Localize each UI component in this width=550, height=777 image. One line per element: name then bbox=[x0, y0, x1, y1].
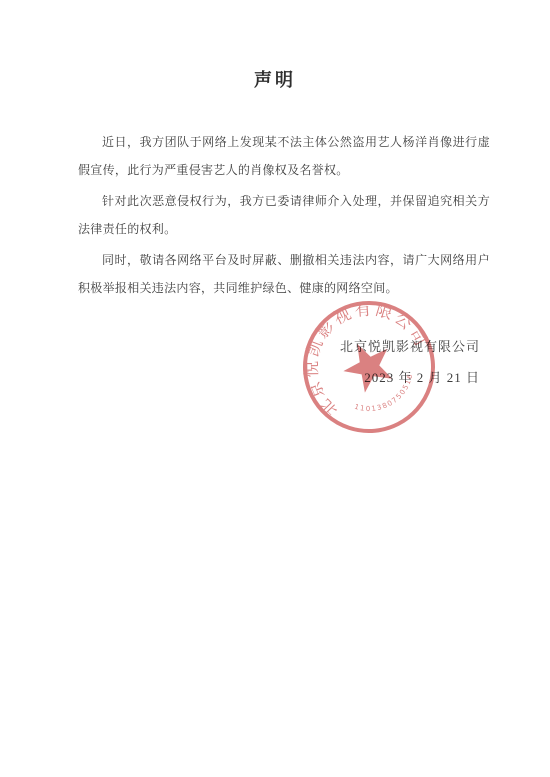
paragraph-legal-action: 针对此次恶意侵权行为，我方已委请律师介入处理，并保留追究相关方法律责任的权利。 bbox=[78, 187, 490, 243]
signature-company-name: 北京悦凯影视有限公司 bbox=[340, 331, 480, 362]
paragraph-infringement-found: 近日，我方团队于网络上发现某不法主体公然盗用艺人杨洋肖像进行虚假宣传，此行为严重… bbox=[78, 128, 490, 184]
paragraph-platform-request: 同时，敬请各网络平台及时屏蔽、删撤相关违法内容，请广大网络用户积极举报相关违法内… bbox=[78, 246, 490, 302]
signature-block: 北京悦凯影视有限公司 2023 年 2 月 21 日 bbox=[340, 331, 480, 393]
document-body: 近日，我方团队于网络上发现某不法主体公然盗用艺人杨洋肖像进行虚假宣传，此行为严重… bbox=[78, 128, 490, 305]
statement-document: 声明 近日，我方团队于网络上发现某不法主体公然盗用艺人杨洋肖像进行虚假宣传，此行… bbox=[0, 0, 550, 777]
signature-date: 2023 年 2 月 21 日 bbox=[340, 362, 480, 393]
document-title: 声明 bbox=[0, 66, 550, 92]
